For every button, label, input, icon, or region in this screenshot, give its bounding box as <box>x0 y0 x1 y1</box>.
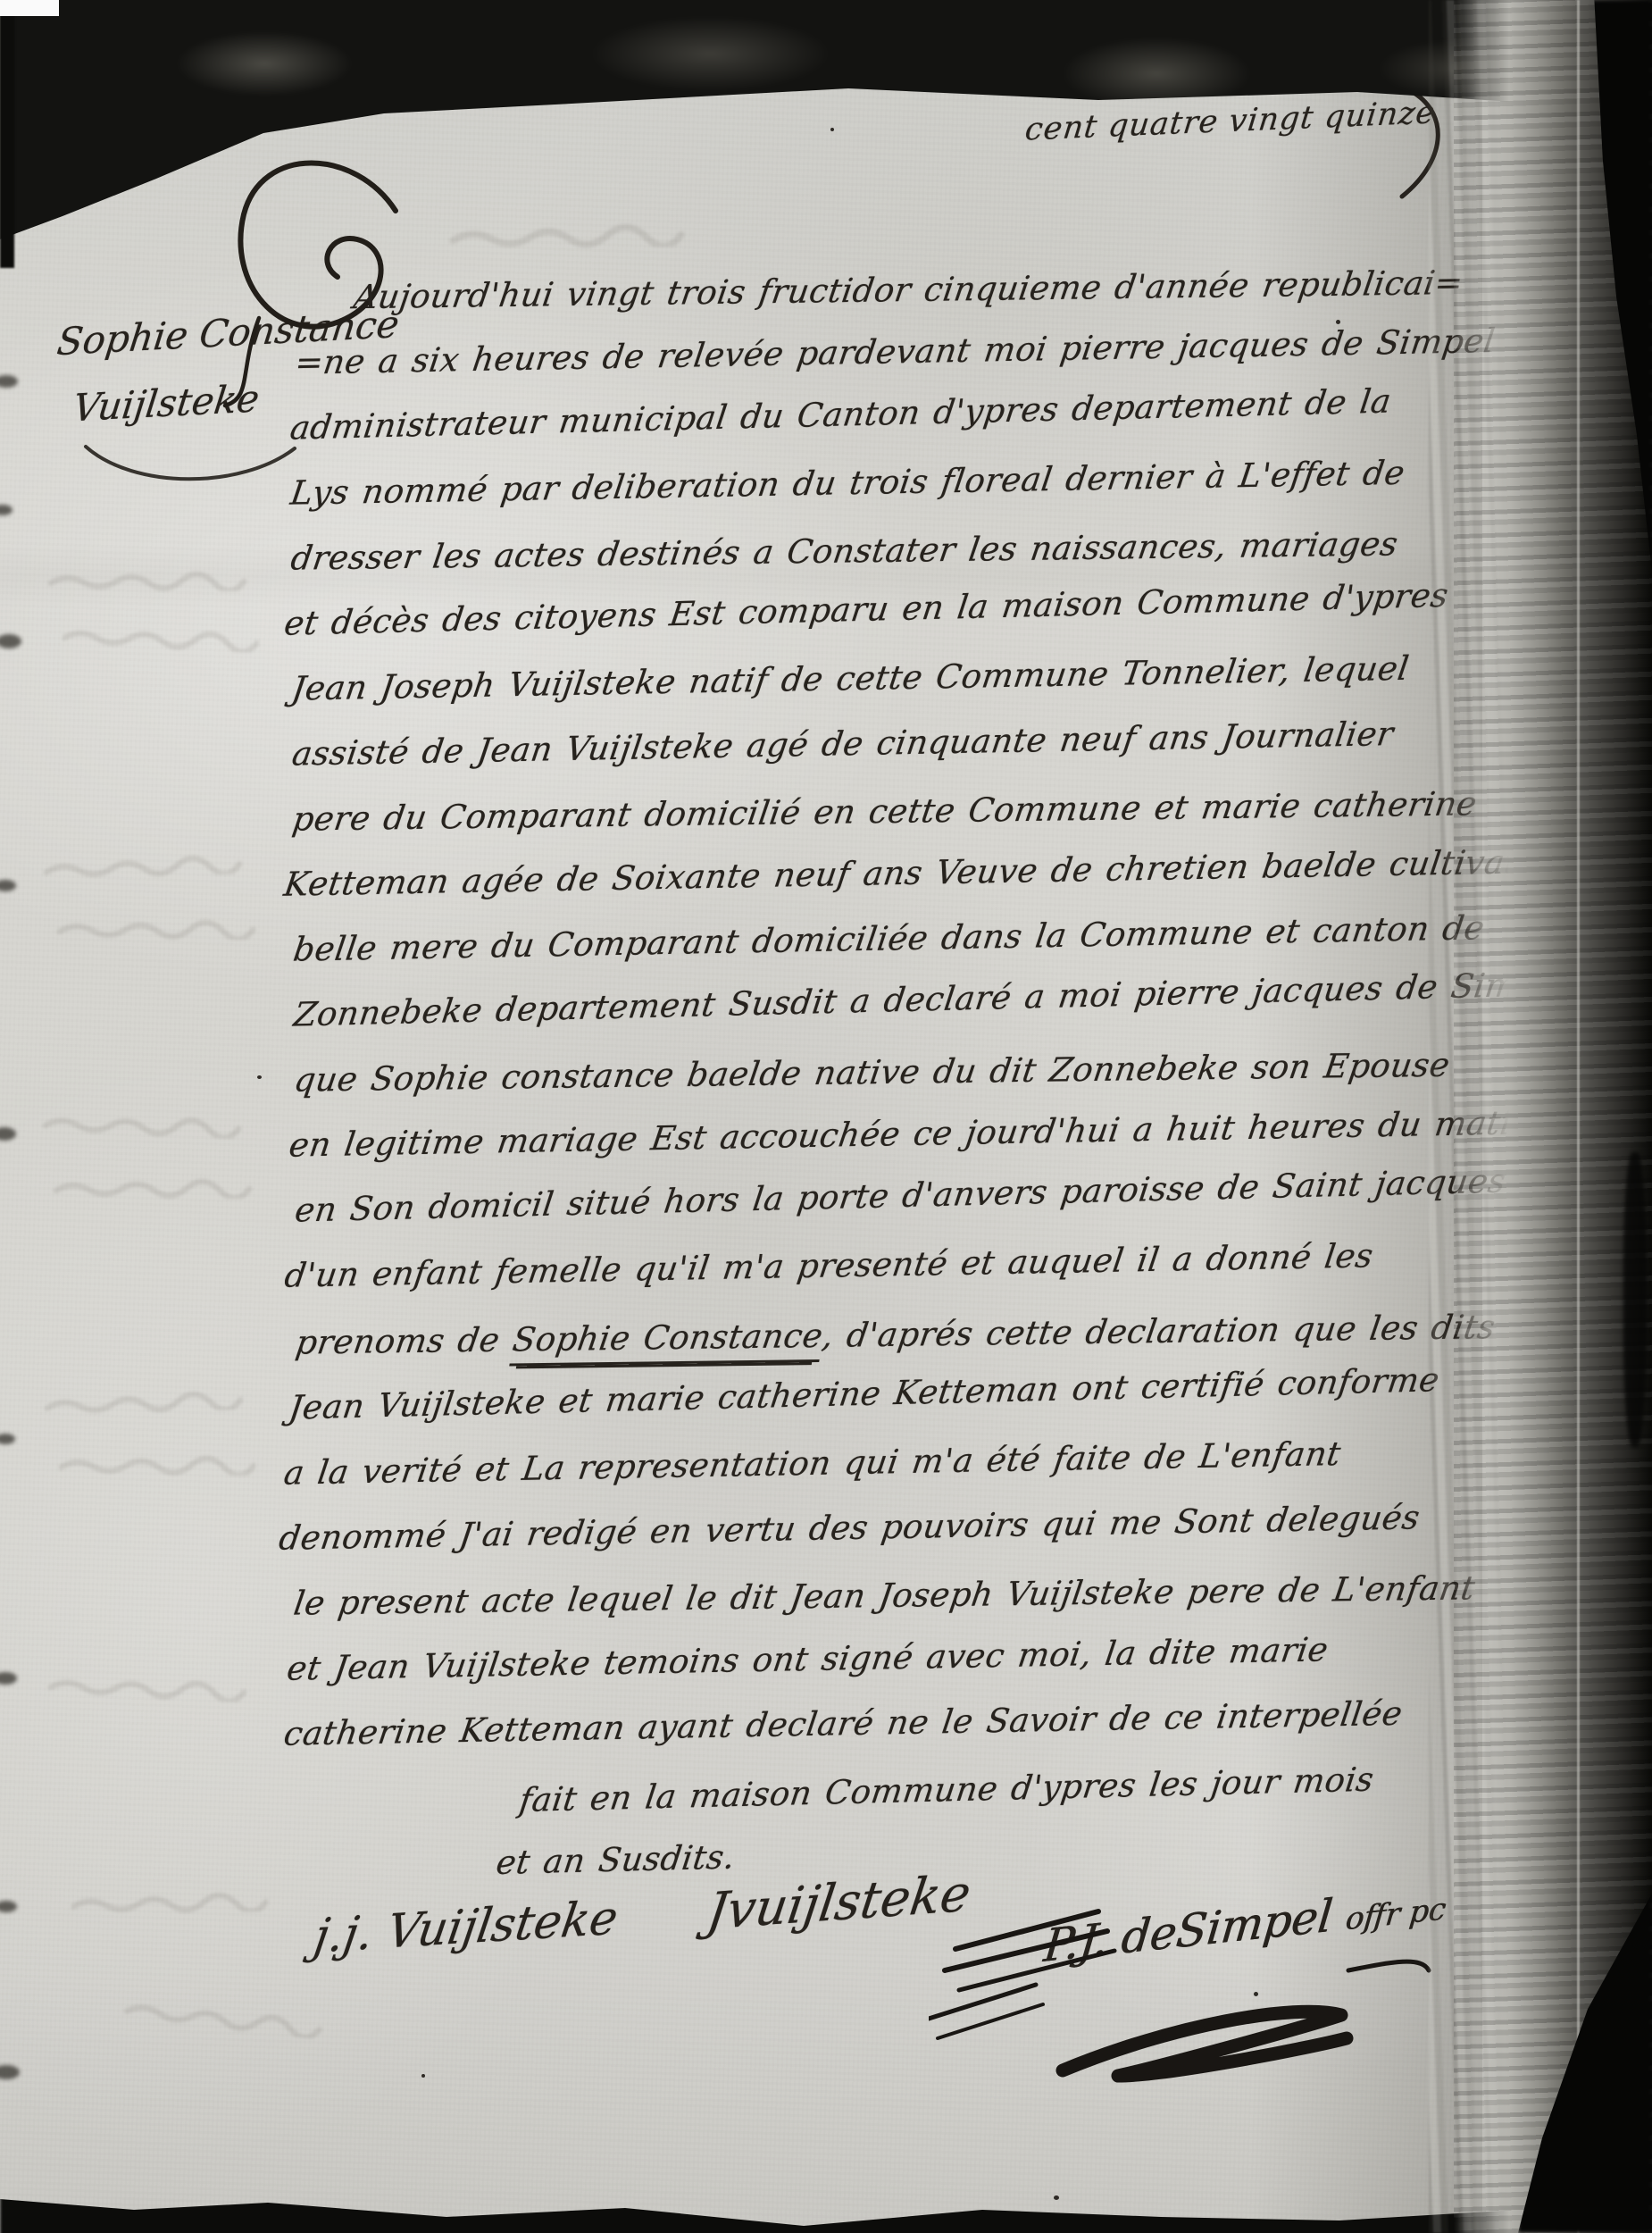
signature-flourish-icon <box>929 1885 1464 2117</box>
ink-speck <box>421 2074 425 2078</box>
ink-speck <box>830 128 834 131</box>
act-line: le present acte lequel le dit Jean Josep… <box>291 1568 1478 1622</box>
act-line: et Jean Vuijlsteke temoins ont signé ave… <box>285 1630 1331 1687</box>
act-line: en Son domicil situé hors la porte d'anv… <box>293 1161 1508 1229</box>
ink-speck <box>1254 1992 1258 1996</box>
manuscript-scan: N° cent quatre vingt quinze Sophie Const… <box>0 0 1652 2233</box>
act-line: belle mere du Comparant domiciliée dans … <box>291 908 1487 969</box>
act-line: catherine Ketteman ayant declaré ne le S… <box>281 1694 1405 1753</box>
act-line: =ne a six heures de relevée pardevant mo… <box>293 322 1498 382</box>
act-line: Ketteman agée de Soixante neuf ans Veuve… <box>281 841 1579 904</box>
binding-shadow-mid <box>1623 1152 1647 1447</box>
act-line: Jean Joseph Vuijlsteke natif de cette Co… <box>289 649 1412 708</box>
act-line-with-given-names: prenoms de Sophie Constance, d'aprés cet… <box>293 1308 1498 1362</box>
act-line-prefix: prenoms de <box>293 1320 515 1361</box>
act-line: dresser les actes destinés a Constater l… <box>288 524 1400 577</box>
act-line: en legitime mariage Est accouchée ce jou… <box>287 1103 1536 1165</box>
closing-line: et an Susdits. <box>494 1837 738 1882</box>
act-line: Lys nommé par deliberation du trois flor… <box>288 454 1407 513</box>
act-line: que Sophie constance baelde native du di… <box>292 1046 1453 1100</box>
left-page-edge <box>0 0 14 268</box>
ink-speck <box>1336 320 1340 324</box>
underlined-given-names: Sophie Constance <box>509 1317 825 1367</box>
act-line: et décès des citoyens Est comparu en la … <box>282 576 1451 643</box>
act-line-suffix: , d'aprés cette declaration que les dits <box>820 1308 1498 1355</box>
ink-speck <box>257 1075 262 1079</box>
ink-speck <box>1054 2195 1059 2200</box>
act-line: d'un enfant femelle qu'il m'a presenté e… <box>282 1236 1376 1294</box>
act-line: assisté de Jean Vuijlsteke agé de cinqua… <box>289 715 1396 774</box>
act-line: a la verité et La representation qui m'a… <box>281 1434 1343 1493</box>
corner-white-patch <box>0 0 59 16</box>
act-line: Aujourd'hui vingt trois fructidor cinqui… <box>351 263 1465 316</box>
act-line: denommé J'ai redigé en vertu des pouvoir… <box>277 1498 1423 1558</box>
act-line: pere du Comparant domicilié en cette Com… <box>290 784 1480 838</box>
act-line: administrateur municipal du Canton d'ypr… <box>288 381 1393 447</box>
act-line: Jean Vuijlsteke et marie catherine Kette… <box>287 1360 1441 1427</box>
act-line: Zonnebeke departement Susdit a declaré a… <box>291 965 1572 1034</box>
